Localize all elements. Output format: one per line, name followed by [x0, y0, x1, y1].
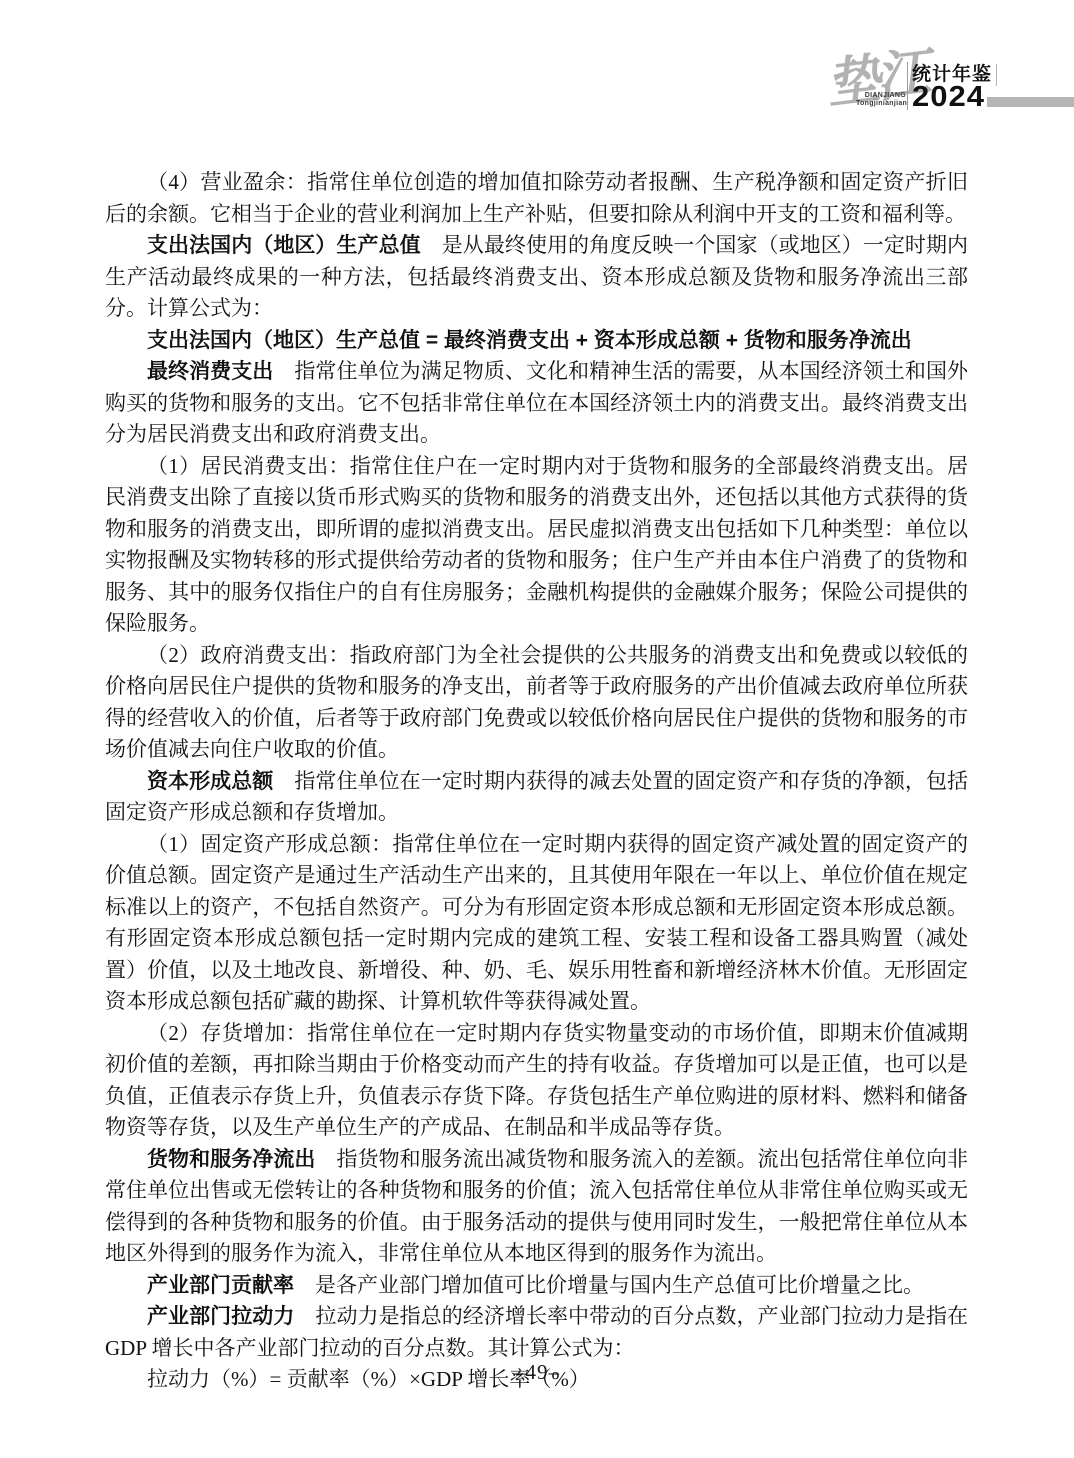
logo-divider	[907, 62, 908, 110]
paragraph: （4）营业盈余：指常住单位创造的增加值扣除劳动者报酬、生产税净额和固定资产折旧后…	[105, 167, 968, 230]
body-text: （2）存货增加：指常住单位在一定时期内存货实物量变动的市场价值，即期末价值减期初…	[105, 1021, 968, 1140]
formula-line: 支出法国内（地区）生产总值 = 最终消费支出 + 资本形成总额 + 货物和服务净…	[105, 325, 968, 357]
paragraph: （2）政府消费支出：指政府部门为全社会提供的公共服务的消费支出和免费或以较低的价…	[105, 640, 968, 766]
term-heading: 支出法国内（地区）生产总值	[147, 234, 421, 257]
body-text: （2）政府消费支出：指政府部门为全社会提供的公共服务的消费支出和免费或以较低的价…	[105, 643, 968, 762]
term-heading: 最终消费支出	[147, 360, 273, 383]
body-text: （4）营业盈余：指常住单位创造的增加值扣除劳动者报酬、生产税净额和固定资产折旧后…	[105, 170, 968, 226]
paragraph: （1）居民消费支出：指常住住户在一定时期内对于货物和服务的全部最终消费支出。居民…	[105, 451, 968, 640]
term-heading: 资本形成总额	[147, 770, 273, 793]
body-text: （1）固定资产形成总额：指常住单位在一定时期内获得的固定资产减处置的固定资产的价…	[105, 832, 968, 1014]
yearbook-page: 垫江 DIANJIANG Tongjinianjian 统计年鉴 2024 （4…	[0, 0, 1074, 1458]
body-text: （1）居民消费支出：指常住住户在一定时期内对于货物和服务的全部最终消费支出。居民…	[105, 454, 968, 636]
paragraph: （1）固定资产形成总额：指常住单位在一定时期内获得的固定资产减处置的固定资产的价…	[105, 829, 968, 1018]
document-body: （4）营业盈余：指常住单位创造的增加值扣除劳动者报酬、生产税净额和固定资产折旧后…	[105, 167, 968, 1396]
logo-pinyin-line1: DIANJIANG	[856, 92, 906, 100]
paragraph: 资本形成总额 指常住单位在一定时期内获得的减去处置的固定资产和存货的净额，包括固…	[105, 766, 968, 829]
logo-pinyin-line2: Tongjinianjian	[856, 100, 906, 108]
logo-title-block: 统计年鉴 2024	[912, 64, 997, 110]
paragraph: 支出法国内（地区）生产总值 是从最终使用的角度反映一个国家（或地区）一定时期内生…	[105, 230, 968, 325]
term-heading: 产业部门拉动力	[147, 1305, 294, 1328]
paragraph: 最终消费支出 指常住单位为满足物质、文化和精神生活的需要，从本国经济领土和国外购…	[105, 356, 968, 451]
logo-pinyin: DIANJIANG Tongjinianjian	[856, 92, 906, 108]
paragraph: 产业部门拉动力 拉动力是指总的经济增长率中带动的百分点数，产业部门拉动力是指在 …	[105, 1301, 968, 1364]
series-year: 2024	[912, 86, 997, 108]
paragraph: 货物和服务净流出 指货物和服务流出减货物和服务流入的差额。流出包括常住单位向非常…	[105, 1144, 968, 1270]
header-accent-bar	[987, 97, 1074, 107]
page-header: 垫江 DIANJIANG Tongjinianjian 统计年鉴 2024	[0, 0, 1074, 130]
term-heading: 货物和服务净流出	[147, 1148, 315, 1171]
paragraph: （2）存货增加：指常住单位在一定时期内存货实物量变动的市场价值，即期末价值减期初…	[105, 1018, 968, 1144]
page-footer: –49–	[0, 1360, 1074, 1385]
page-number: –49–	[514, 1360, 560, 1384]
paragraph: 产业部门贡献率 是各产业部门增加值可比价增量与国内生产总值可比价增量之比。	[105, 1270, 968, 1302]
term-heading: 支出法国内（地区）生产总值 = 最终消费支出 + 资本形成总额 + 货物和服务净…	[147, 329, 912, 352]
term-heading: 产业部门贡献率	[147, 1274, 294, 1297]
body-text: 是各产业部门增加值可比价增量与国内生产总值可比价增量之比。	[294, 1273, 924, 1297]
